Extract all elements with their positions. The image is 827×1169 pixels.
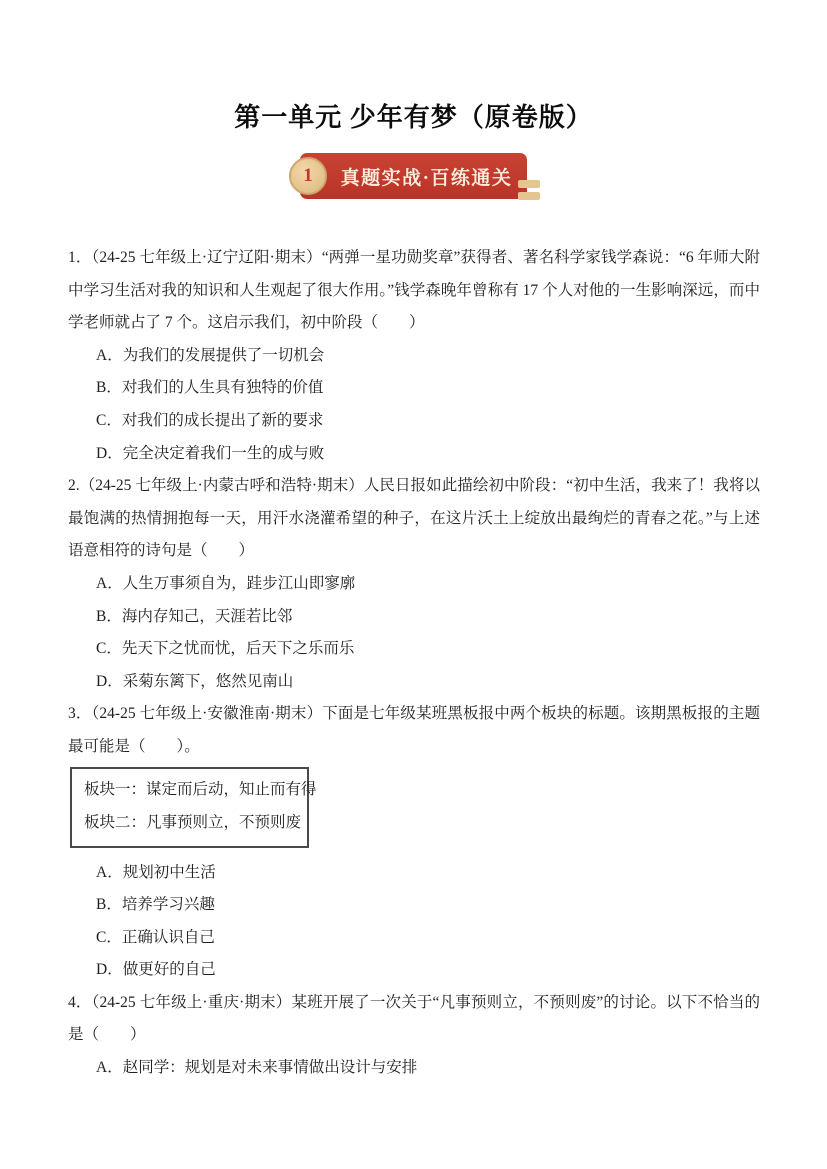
question-2-option-d: D．采菊东篱下，悠然见南山 bbox=[96, 666, 760, 699]
exam-paper-page: 第一单元 少年有梦（原卷版） 1 真题实战·百练通关 1．（24-25 七年级上… bbox=[0, 0, 827, 1169]
question-1-option-b: B．对我们的人生具有独特的价值 bbox=[96, 372, 760, 405]
blackboard-box-line-1: 板块一：谋定而后动，知止而有得 bbox=[84, 773, 295, 807]
question-3: 3．（24-25 七年级上·安徽淮南·期末）下面是七年级某班黑板报中两个板块的标… bbox=[68, 698, 760, 987]
blackboard-sections-box: 板块一：谋定而后动，知止而有得 板块二：凡事预则立，不预则废 bbox=[70, 767, 309, 848]
question-2: 2.（24-25 七年级上·内蒙古呼和浩特·期末）人民日报如此描绘初中阶段：“初… bbox=[68, 470, 760, 698]
question-3-option-d: D．做更好的自己 bbox=[96, 954, 760, 987]
questions-list: 1．（24-25 七年级上·辽宁辽阳·期末）“两弹一星功勋奖章”获得者、著名科学… bbox=[68, 242, 760, 1085]
question-1-stem: 1．（24-25 七年级上·辽宁辽阳·期末）“两弹一星功勋奖章”获得者、著名科学… bbox=[68, 242, 760, 340]
question-1: 1．（24-25 七年级上·辽宁辽阳·期末）“两弹一星功勋奖章”获得者、著名科学… bbox=[68, 242, 760, 470]
section-banner-row: 1 真题实战·百练通关 bbox=[0, 153, 827, 203]
question-3-option-a: A．规划初中生活 bbox=[96, 857, 760, 890]
question-2-option-b: B．海内存知己，天涯若比邻 bbox=[96, 601, 760, 634]
page-content: 1．（24-25 七年级上·辽宁辽阳·期末）“两弹一星功勋奖章”获得者、著名科学… bbox=[0, 242, 827, 1085]
question-2-stem: 2.（24-25 七年级上·内蒙古呼和浩特·期末）人民日报如此描绘初中阶段：“初… bbox=[68, 470, 760, 568]
question-2-option-c: C．先天下之忧而忧，后天下之乐而乐 bbox=[96, 633, 760, 666]
question-1-option-c: C．对我们的成长提出了新的要求 bbox=[96, 405, 760, 438]
blackboard-box-line-2: 板块二：凡事预则立，不预则废 bbox=[84, 806, 295, 840]
question-3-option-c: C．正确认识自己 bbox=[96, 922, 760, 955]
section-banner-label: 真题实战·百练通关 bbox=[341, 163, 513, 190]
page-title: 第一单元 少年有梦（原卷版） bbox=[0, 0, 827, 134]
section-number-badge: 1 bbox=[289, 157, 327, 195]
question-1-option-a: A．为我们的发展提供了一切机会 bbox=[96, 340, 760, 373]
question-2-option-a: A．人生万事须自为，跬步江山即寥廓 bbox=[96, 568, 760, 601]
question-4: 4．（24-25 七年级上·重庆·期末）某班开展了一次关于“凡事预则立，不预则废… bbox=[68, 987, 760, 1085]
question-3-stem: 3．（24-25 七年级上·安徽淮南·期末）下面是七年级某班黑板报中两个板块的标… bbox=[68, 698, 760, 763]
question-1-option-d: D．完全决定着我们一生的成与败 bbox=[96, 438, 760, 471]
section-banner: 1 真题实战·百练通关 bbox=[300, 153, 527, 199]
equals-decoration-icon bbox=[518, 180, 540, 200]
question-4-option-a: A．赵同学：规划是对未来事情做出设计与安排 bbox=[96, 1052, 760, 1085]
question-4-stem: 4．（24-25 七年级上·重庆·期末）某班开展了一次关于“凡事预则立，不预则废… bbox=[68, 987, 760, 1052]
question-3-option-b: B．培养学习兴趣 bbox=[96, 889, 760, 922]
